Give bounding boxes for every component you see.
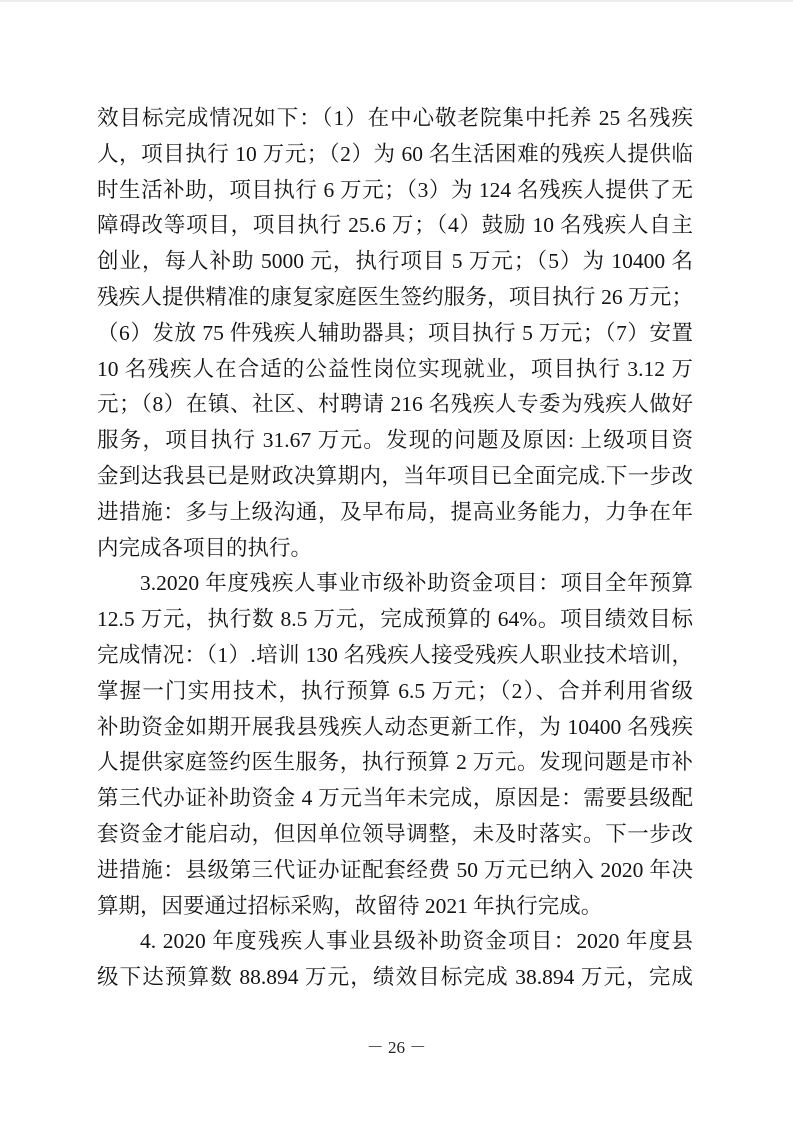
text-line: 3.2020 年度残疾人事业市级补助资金项目：项目全年预算 — [97, 566, 693, 602]
text-line: 进措施：多与上级沟通，及早布局，提高业务能力，力争在年 — [97, 495, 693, 531]
page-number: － 26 － — [367, 1038, 427, 1057]
text-line: 补助资金如期开展我县残疾人动态更新工作，为 10400 名残疾 — [97, 710, 693, 746]
text-line: 完成情况：（1）.培训 130 名残疾人接受残疾人职业技术培训， — [97, 638, 693, 674]
text-line: 效目标完成情况如下：（1）在中心敬老院集中托养 25 名残疾 — [97, 101, 693, 137]
text-line: 第三代办证补助资金 4 万元当年未完成，原因是：需要县级配 — [97, 781, 693, 817]
text-line: 创业，每人补助 5000 元，执行项目 5 万元；（5）为 10400 名 — [97, 244, 693, 280]
text-line: 算期，因要通过招标采购，故留待 2021 年执行完成。 — [97, 889, 693, 925]
text-line: 12.5 万元，执行数 8.5 万元，完成预算的 64%。项目绩效目标 — [97, 602, 693, 638]
text-line: 套资金才能启动，但因单位领导调整，未及时落实。下一步改 — [97, 817, 693, 853]
text-line: （6）发放 75 件残疾人辅助器具；项目执行 5 万元；（7）安置 — [97, 316, 693, 352]
text-line: 人提供家庭签约医生服务，执行预算 2 万元。发现问题是市补 — [97, 745, 693, 781]
text-line: 10 名残疾人在合适的公益性岗位实现就业，项目执行 3.12 万 — [97, 352, 693, 388]
page-footer: － 26 － — [0, 1033, 793, 1058]
text-line: 残疾人提供精准的康复家庭医生签约服务，项目执行 26 万元； — [97, 280, 693, 316]
text-line: 元；（8）在镇、社区、村聘请 216 名残疾人专委为残疾人做好 — [97, 387, 693, 423]
text-line: 级下达预算数 88.894 万元，绩效目标完成 38.894 万元，完成 — [97, 960, 693, 996]
text-line: 4. 2020 年度残疾人事业县级补助资金项目：2020 年度县 — [97, 924, 693, 960]
document-body: 效目标完成情况如下：（1）在中心敬老院集中托养 25 名残疾人，项目执行 10 … — [97, 101, 693, 996]
text-line: 服务，项目执行 31.67 万元。发现的问题及原因: 上级项目资 — [97, 423, 693, 459]
text-line: 人，项目执行 10 万元；（2）为 60 名生活困难的残疾人提供临 — [97, 137, 693, 173]
text-line: 掌握一门实用技术，执行预算 6.5 万元；（2）、合并利用省级 — [97, 674, 693, 710]
document-page: 效目标完成情况如下：（1）在中心敬老院集中托养 25 名残疾人，项目执行 10 … — [0, 0, 793, 1122]
text-line: 进措施：县级第三代证办证配套经费 50 万元已纳入 2020 年决 — [97, 853, 693, 889]
text-line: 金到达我县已是财政决算期内，当年项目已全面完成.下一步改 — [97, 459, 693, 495]
text-line: 时生活补助，项目执行 6 万元；（3）为 124 名残疾人提供了无 — [97, 173, 693, 209]
text-line: 障碍改等项目，项目执行 25.6 万；（4）鼓励 10 名残疾人自主 — [97, 208, 693, 244]
text-line: 内完成各项目的执行。 — [97, 531, 693, 567]
